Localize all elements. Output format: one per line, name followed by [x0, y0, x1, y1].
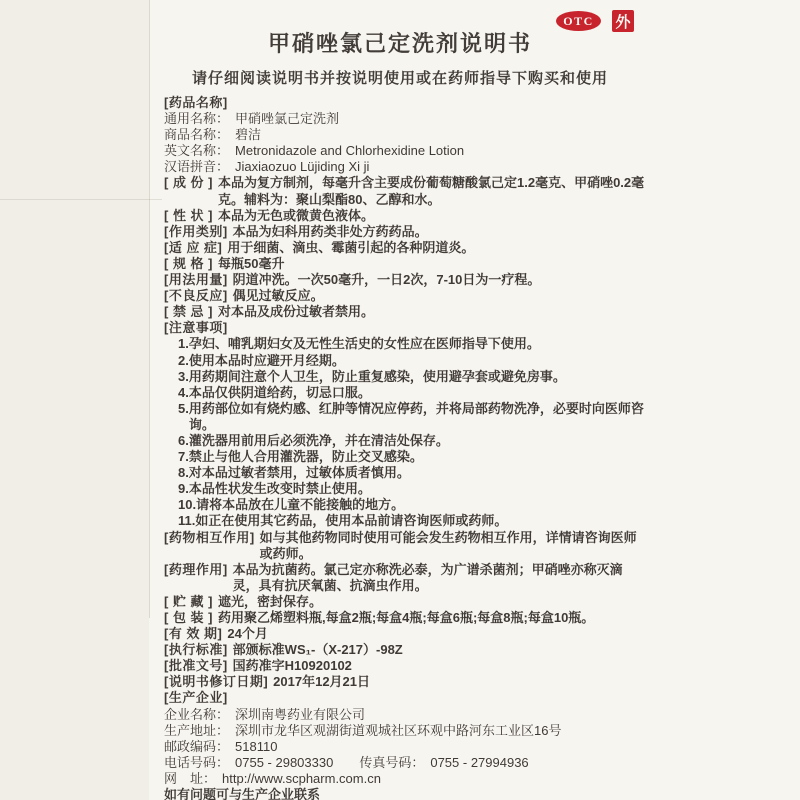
phone-fax: 电话号码：0755 - 29803330传真号码：0755 - 27994936 — [164, 755, 648, 771]
category-label: [作用类别] — [164, 224, 228, 240]
adverse-reactions: [不良反应]偶见过敏反应。 — [164, 288, 648, 304]
precautions-item-7: 7.禁止与他人合用灌洗器，防止交叉感染。 — [164, 449, 648, 465]
pharmacology-text: 本品为抗菌药。氯己定亦称洗必泰，为广谱杀菌剂；甲硝唑亦称灭滴灵，具有抗厌氧菌、抗… — [233, 562, 648, 594]
packaging-label: [ 包 装 ] — [164, 610, 213, 626]
drug-interactions-text: 如与其他药物同时使用可能会发生药物相互作用，详情请咨询医师或药师。 — [260, 530, 648, 562]
dosage-label: [用法用量] — [164, 272, 228, 288]
pinyin-name: 汉语拼音：Jiaxiaozuo Lüjiding Xi ji — [164, 159, 648, 175]
dosage-text: 阴道冲洗。一次50毫升，一日2次，7-10日为一疗程。 — [233, 272, 648, 288]
production-address: 生产地址：深圳市龙华区观湖街道观城社区环观中路河东工业区16号 — [164, 723, 648, 739]
storage: [ 贮 藏 ]遮光，密封保存。 — [164, 594, 648, 610]
company-name: 企业名称：深圳南粤药业有限公司 — [164, 707, 648, 723]
approval-number: [批准文号]国药准字H10920102 — [164, 658, 648, 674]
otc-badge: OTC — [556, 11, 601, 31]
phone-fax-value2: 0755 - 27994936 — [430, 755, 648, 771]
pinyin-name-key: 汉语拼音： — [164, 159, 229, 175]
note-text: 灌洗器用前用后必须洗净，并在清洁处保存。 — [189, 433, 648, 449]
shelf-life-text: 24个月 — [227, 626, 648, 642]
packaging: [ 包 装 ]药用聚乙烯塑料瓶,每盒2瓶;每盒4瓶;每盒6瓶;每盒8瓶;每盒10… — [164, 610, 648, 626]
drug-interactions: [药物相互作用]如与其他药物同时使用可能会发生药物相互作用，详情请咨询医师或药师… — [164, 530, 648, 562]
shelf-life: [有 效 期]24个月 — [164, 626, 648, 642]
pinyin-name-value: Jiaxiaozuo Lüjiding Xi ji — [235, 159, 648, 175]
drug-name-heading-label: [药品名称] — [164, 95, 228, 110]
dosage: [用法用量]阴道冲洗。一次50毫升，一日2次，7-10日为一疗程。 — [164, 272, 648, 288]
precautions-item-6: 6.灌洗器用前用后必须洗净，并在清洁处保存。 — [164, 433, 648, 449]
category: [作用类别]本品为妇科用药类非处方药药品。 — [164, 224, 648, 240]
executive-standard: [执行标准]部颁标准WS₁-（X-217）-98Z — [164, 642, 648, 658]
drug-interactions-label: [药物相互作用] — [164, 530, 255, 562]
document-body: [药品名称]通用名称：甲硝唑氯己定洗剂商品名称：碧洁英文名称：Metronida… — [164, 95, 648, 800]
website-value: http://www.scpharm.com.cn — [222, 771, 648, 787]
adverse-reactions-label: [不良反应] — [164, 288, 228, 304]
storage-text: 遮光，密封保存。 — [218, 594, 648, 610]
ingredients-label: [ 成 份 ] — [164, 175, 213, 207]
approval-number-text: 国药准字H10920102 — [233, 658, 648, 674]
manufacturer-heading-label: [生产企业] — [164, 690, 228, 705]
drug-name-heading: [药品名称] — [164, 95, 648, 111]
storage-label: [ 贮 藏 ] — [164, 594, 213, 610]
indications-text: 用于细菌、滴虫、霉菌引起的各种阴道炎。 — [227, 240, 648, 256]
indications-label: [适 应 症] — [164, 240, 222, 256]
executive-standard-label: [执行标准] — [164, 642, 228, 658]
note-text: 本品仅供阴道给药，切忌口服。 — [189, 385, 648, 401]
contraindications-label: [ 禁 忌 ] — [164, 304, 213, 320]
trade-name: 商品名称：碧洁 — [164, 127, 648, 143]
note-number: 5. — [178, 401, 189, 433]
note-text: 用药部位如有烧灼感、红肿等情况应停药，并将局部药物洗净，必要时向医师咨询。 — [189, 401, 648, 433]
adverse-reactions-text: 偶见过敏反应。 — [233, 288, 648, 304]
generic-name-value: 甲硝唑氯己定洗剂 — [235, 111, 648, 127]
trade-name-key: 商品名称： — [164, 127, 229, 143]
approval-number-label: [批准文号] — [164, 658, 228, 674]
note-text: 用药期间注意个人卫生，防止重复感染，使用避孕套或避免房事。 — [189, 369, 648, 385]
website: 网 址：http://www.scpharm.com.cn — [164, 771, 648, 787]
production-address-key: 生产地址： — [164, 723, 229, 739]
generic-name-key: 通用名称： — [164, 111, 229, 127]
strength-label: [ 规 格 ] — [164, 256, 213, 272]
postal-code-key: 邮政编码： — [164, 739, 229, 755]
note-number: 8. — [178, 465, 189, 481]
note-text: 本品性状发生改变时禁止使用。 — [189, 481, 648, 497]
precautions-item-4: 4.本品仅供阴道给药，切忌口服。 — [164, 385, 648, 401]
contraindications-text: 对本品及成份过敏者禁用。 — [218, 304, 648, 320]
postal-code-value: 518110 — [235, 739, 648, 755]
generic-name: 通用名称：甲硝唑氯己定洗剂 — [164, 111, 648, 127]
fold-line-horizontal — [0, 199, 162, 200]
precautions-item-2: 2.使用本品时应避开月经期。 — [164, 353, 648, 369]
manufacturer-heading: [生产企业] — [164, 690, 648, 706]
packaging-text: 药用聚乙烯塑料瓶,每盒2瓶;每盒4瓶;每盒6瓶;每盒8瓶;每盒10瓶。 — [218, 610, 648, 626]
external-use-badge: 外 — [612, 10, 634, 32]
leaflet-page: OTC 外 甲硝唑氯己定洗剂说明书 请仔细阅读说明书并按说明使用或在药师指导下购… — [0, 0, 800, 800]
production-address-value: 深圳市龙华区观湖街道观城社区环观中路河东工业区16号 — [235, 723, 648, 739]
contraindications: [ 禁 忌 ]对本品及成份过敏者禁用。 — [164, 304, 648, 320]
strength-text: 每瓶50毫升 — [218, 256, 648, 272]
executive-standard-text: 部颁标准WS₁-（X-217）-98Z — [233, 642, 648, 658]
paper-fold-strip — [0, 0, 149, 800]
english-name-key: 英文名称： — [164, 143, 229, 159]
ingredients-text: 本品为复方制剂，每毫升含主要成份葡萄糖酸氯己定1.2毫克、甲硝唑0.2毫克。辅料… — [218, 175, 648, 207]
precautions-item-8: 8.对本品过敏者禁用，过敏体质者慎用。 — [164, 465, 648, 481]
precautions-label: [注意事项] — [164, 320, 228, 335]
ingredients: [ 成 份 ]本品为复方制剂，每毫升含主要成份葡萄糖酸氯己定1.2毫克、甲硝唑0… — [164, 175, 648, 207]
note-text: 请将本品放在儿童不能接触的地方。 — [196, 497, 648, 513]
english-name-value: Metronidazole and Chlorhexidine Lotion — [235, 143, 648, 159]
note-number: 7. — [178, 449, 189, 465]
note-text: 对本品过敏者禁用，过敏体质者慎用。 — [189, 465, 648, 481]
description: [ 性 状 ]本品为无色或微黄色液体。 — [164, 208, 648, 224]
precautions-item-3: 3.用药期间注意个人卫生，防止重复感染，使用避孕套或避免房事。 — [164, 369, 648, 385]
postal-code: 邮政编码：518110 — [164, 739, 648, 755]
note-text: 如正在使用其它药品，使用本品前请咨询医师或药师。 — [195, 513, 648, 529]
precautions-item-10: 10.请将本品放在儿童不能接触的地方。 — [164, 497, 648, 513]
revision-date: [说明书修订日期]2017年12月21日 — [164, 674, 648, 690]
pharmacology-label: [药理作用] — [164, 562, 228, 594]
note-number: 10. — [178, 497, 196, 513]
precautions-item-9: 9.本品性状发生改变时禁止使用。 — [164, 481, 648, 497]
contact-note-text: 如有问题可与生产企业联系 — [164, 787, 320, 800]
note-number: 3. — [178, 369, 189, 385]
note-text: 孕妇、哺乳期妇女及无性生活史的女性应在医师指导下使用。 — [189, 336, 648, 352]
note-number: 11. — [178, 513, 195, 529]
phone-fax-value1: 0755 - 29803330 — [235, 755, 333, 771]
revision-date-label: [说明书修订日期] — [164, 674, 268, 690]
precautions-item-5: 5.用药部位如有烧灼感、红肿等情况应停药，并将局部药物洗净，必要时向医师咨询。 — [164, 401, 648, 433]
description-text: 本品为无色或微黄色液体。 — [218, 208, 648, 224]
website-key: 网 址： — [164, 771, 216, 787]
indications: [适 应 症]用于细菌、滴虫、霉菌引起的各种阴道炎。 — [164, 240, 648, 256]
precautions: [注意事项] — [164, 320, 648, 336]
company-name-value: 深圳南粤药业有限公司 — [235, 707, 648, 723]
english-name: 英文名称：Metronidazole and Chlorhexidine Lot… — [164, 143, 648, 159]
phone-fax-key2: 传真号码： — [359, 755, 424, 771]
revision-date-text: 2017年12月21日 — [273, 674, 648, 690]
company-name-key: 企业名称： — [164, 707, 229, 723]
note-number: 9. — [178, 481, 189, 497]
note-number: 4. — [178, 385, 189, 401]
precautions-item-1: 1.孕妇、哺乳期妇女及无性生活史的女性应在医师指导下使用。 — [164, 336, 648, 352]
pharmacology: [药理作用]本品为抗菌药。氯己定亦称洗必泰，为广谱杀菌剂；甲硝唑亦称灭滴灵，具有… — [164, 562, 648, 594]
description-label: [ 性 状 ] — [164, 208, 213, 224]
phone-fax-key1: 电话号码： — [164, 755, 229, 771]
note-number: 1. — [178, 336, 189, 352]
precautions-item-11: 11.如正在使用其它药品，使用本品前请咨询医师或药师。 — [164, 513, 648, 529]
trade-name-value: 碧洁 — [235, 127, 648, 143]
fold-line-vertical — [149, 0, 150, 618]
category-text: 本品为妇科用药类非处方药药品。 — [233, 224, 648, 240]
shelf-life-label: [有 效 期] — [164, 626, 222, 642]
note-number: 6. — [178, 433, 189, 449]
note-text: 禁止与他人合用灌洗器，防止交叉感染。 — [189, 449, 648, 465]
note-text: 使用本品时应避开月经期。 — [189, 353, 648, 369]
strength: [ 规 格 ]每瓶50毫升 — [164, 256, 648, 272]
note-number: 2. — [178, 353, 189, 369]
contact-note: 如有问题可与生产企业联系 — [164, 787, 648, 800]
